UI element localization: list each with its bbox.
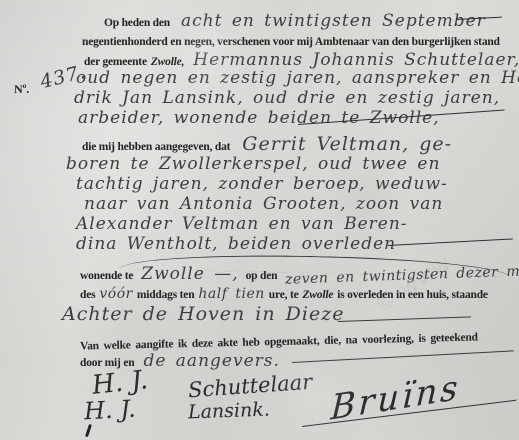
line-declarant2-name: drik Jan Lansink, oud drie en zestig jar… bbox=[74, 88, 500, 108]
line-deceased-intro: die mij hebben aangegeven, dat Gerrit Ve… bbox=[82, 133, 452, 155]
hw-deceased-parents1: Alexander Veltman en van Beren- bbox=[76, 214, 408, 234]
line-death-time: des vóór middags ten half tien ure, te Z… bbox=[80, 285, 488, 303]
hw-deceased-age: tachtig jaren, zonder beroep, weduw- bbox=[76, 174, 448, 194]
hw-deceased-widower: naar van Antonia Grooten, zoon van bbox=[84, 194, 443, 214]
printed-gemeente: der gemeente bbox=[84, 56, 147, 68]
hw-aangevers: de aangevers. bbox=[143, 351, 279, 371]
hw-date: acht en twintigsten September bbox=[181, 11, 486, 31]
line-deceased-birth: boren te Zwollerkerspel, oud twee en bbox=[66, 154, 440, 174]
closing-blank-rule bbox=[292, 350, 514, 363]
hw-deceased-parents2: dina Wentholt, beiden overleden bbox=[76, 234, 396, 254]
printed-ure-te: ure, te bbox=[269, 289, 299, 301]
hw-declarant1-name: Hermannus Johannis Schuttelaer, bbox=[193, 50, 519, 70]
signature2-initials: H. J. bbox=[83, 395, 136, 426]
hw-death-address: Achter de Hoven in Dieze bbox=[62, 303, 344, 325]
printed-op-den: op den bbox=[246, 270, 278, 282]
overleden-dash-rule bbox=[388, 238, 513, 246]
line-deceased-parents1: Alexander Veltman en van Beren- bbox=[76, 214, 408, 234]
address-blank-rule bbox=[338, 316, 471, 322]
act-number-label: Nº. bbox=[14, 82, 29, 96]
printed-year: negentienhonderd en negen, verschenen vo… bbox=[82, 36, 500, 48]
act-number: Nº. bbox=[14, 80, 29, 98]
line-deceased-parents2: dina Wentholt, beiden overleden bbox=[76, 234, 396, 254]
line-declarant1-details: oud negen en zestig jaren, aanspreker en… bbox=[76, 68, 519, 88]
line-year: negentienhonderd en negen, verschenen vo… bbox=[82, 32, 500, 50]
death-certificate-scan: © www Nº. 437. Op heden den acht en twin… bbox=[0, 0, 519, 440]
printed-op-heden: Op heden den bbox=[104, 17, 170, 29]
hw-declarant1-details: oud negen en zestig jaren, aanspreker en… bbox=[76, 68, 519, 88]
printed-gemeente-zwolle: Zwolle, bbox=[151, 56, 184, 68]
printed-middags-ten: middags ten bbox=[137, 289, 195, 301]
line-deceased-age: tachtig jaren, zonder beroep, weduw- bbox=[76, 174, 448, 194]
line-death-address: Achter de Hoven in Dieze bbox=[62, 303, 344, 325]
hw-deceased-name: Gerrit Veltman, ge- bbox=[242, 133, 452, 155]
hw-declarant2-name: drik Jan Lansink, oud drie en zestig jar… bbox=[74, 88, 500, 108]
printed-des: des bbox=[80, 289, 95, 301]
hw-voor: vóór bbox=[99, 286, 132, 302]
line-death-date: wonende te Zwolle —, op den zeven en twi… bbox=[80, 264, 519, 284]
printed-overleden-huis: is overleden in een huis, staande bbox=[337, 289, 488, 301]
hw-death-day: zeven en twintigsten dezer maand bbox=[285, 262, 519, 287]
printed-wonende-te: wonende te bbox=[80, 270, 133, 282]
printed-closing1: Van welke aangifte ik deze akte heb opge… bbox=[80, 331, 478, 352]
ink-speck bbox=[85, 424, 91, 437]
hw-half-tien: half tien bbox=[198, 286, 264, 302]
line-gemeente: der gemeente Zwolle, Hermannus Johannis … bbox=[84, 50, 519, 70]
line-deceased-widower: naar van Antonia Grooten, zoon van bbox=[84, 194, 443, 214]
printed-zwolle-italic: Zwolle bbox=[302, 289, 333, 301]
signature1-name: Schuttelaar bbox=[187, 370, 313, 403]
printed-aangegeven: die mij hebben aangegeven, dat bbox=[82, 141, 230, 153]
signature2-name: Lansink. bbox=[188, 399, 271, 424]
hw-residence-zwolle: Zwolle —, bbox=[141, 264, 238, 284]
hw-deceased-birth: boren te Zwollerkerspel, oud twee en bbox=[66, 154, 440, 174]
line-date: Op heden den acht en twintigsten Septemb… bbox=[104, 11, 486, 31]
